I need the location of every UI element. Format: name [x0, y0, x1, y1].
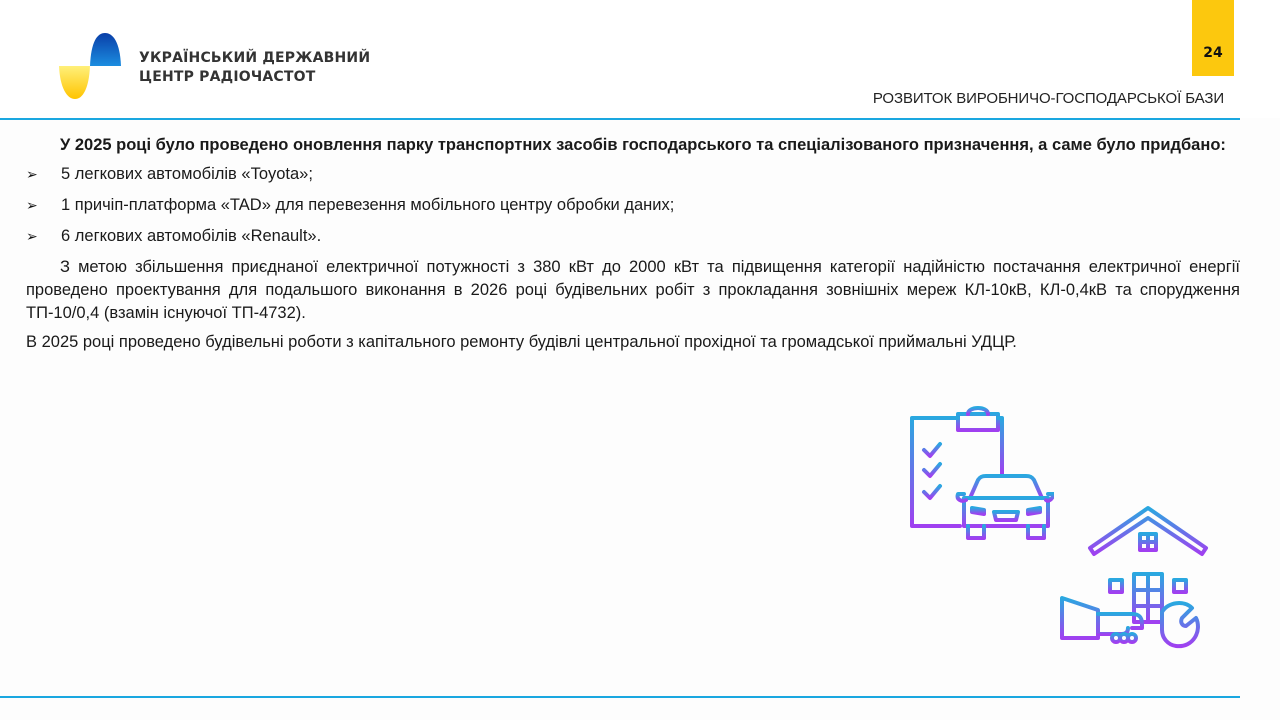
arrowhead-bullet-icon: ➢ [26, 194, 61, 217]
arrowhead-bullet-icon: ➢ [26, 163, 61, 186]
section-title: РОЗВИТОК ВИРОБНИЧО-ГОСПОДАРСЬКОЇ БАЗИ [873, 90, 1224, 107]
purchase-list: ➢ 5 легкових автомобілів «Toyota»; ➢ 1 п… [26, 163, 1240, 256]
list-item-text: 5 легкових автомобілів «Toyota»; [61, 163, 313, 186]
header-divider [0, 118, 1240, 120]
house-repair-icon [1058, 502, 1214, 658]
list-item-text: 1 причіп-платформа «TAD» для перевезення… [61, 194, 674, 217]
clipboard-car-icon [906, 402, 1054, 548]
arrowhead-bullet-icon: ➢ [26, 225, 61, 248]
slide-body: У 2025 році було проведено оновлення пар… [26, 134, 1240, 354]
list-item-text: 6 легкових автомобілів «Renault». [61, 225, 321, 248]
organization-name: УКРАЇНСЬКИЙ ДЕРЖАВНИЙ ЦЕНТР РАДІОЧАСТОТ [139, 49, 370, 87]
page-number: 24 [1192, 45, 1234, 61]
intro-paragraph: У 2025 році було проведено оновлення пар… [26, 134, 1240, 157]
list-item: ➢ 1 причіп-платформа «TAD» для перевезен… [26, 194, 1240, 225]
repair-paragraph: В 2025 році проведено будівельні роботи … [26, 331, 1240, 354]
logo-icon [55, 32, 125, 100]
page-number-badge: 24 [1192, 0, 1234, 76]
list-item: ➢ 5 легкових автомобілів «Toyota»; [26, 163, 1240, 194]
org-name-line1: УКРАЇНСЬКИЙ ДЕРЖАВНИЙ [139, 49, 370, 68]
footer-divider [0, 696, 1240, 698]
power-upgrade-paragraph: З метою збільшення приєднаної електрично… [26, 256, 1240, 325]
list-item: ➢ 6 легкових автомобілів «Renault». [26, 225, 1240, 256]
org-name-line2: ЦЕНТР РАДІОЧАСТОТ [139, 68, 370, 87]
